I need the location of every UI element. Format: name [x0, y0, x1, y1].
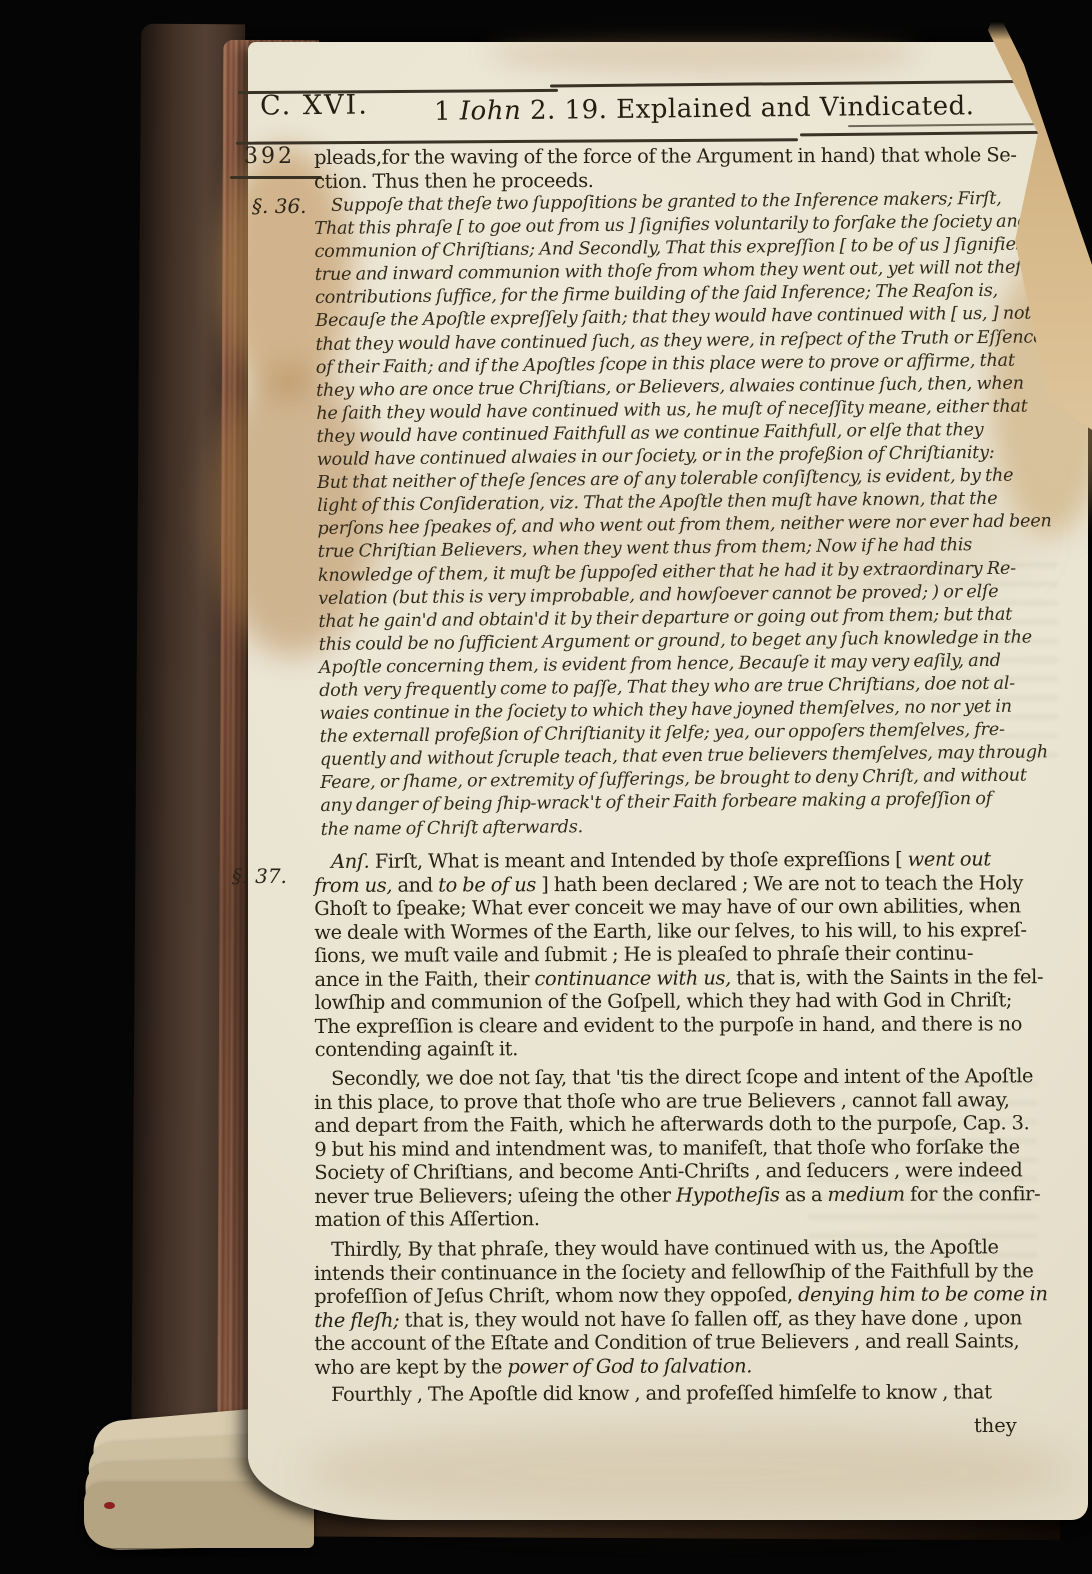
text-segment: intends their continuance in the ſociety…	[314, 1258, 1033, 1284]
text-segment: ction. Thus then he proceeds.	[314, 168, 594, 192]
paragraph-secondly: Secondly, we doe not ſay, that 'tis the …	[314, 1064, 1041, 1231]
text-segment: Hypotheſis	[676, 1183, 780, 1206]
header-rule	[550, 80, 1066, 88]
text-segment: medium	[827, 1182, 904, 1205]
text-segment: to be of us	[438, 872, 536, 895]
scanned-book-photo: C. XVI. 1 Iohn 2. 19. Explained and Vind…	[0, 0, 1092, 1574]
text-line: contending againſt it.	[315, 1035, 1041, 1061]
catchword: they	[974, 1414, 1017, 1437]
text-segment: the fleſh;	[314, 1308, 399, 1331]
text-segment: who are kept by the	[314, 1354, 507, 1378]
paragraph-continuation: pleads,for the waving of the force of th…	[314, 143, 1040, 193]
body-text: pleads,for the waving of the force of th…	[314, 146, 1040, 1406]
text-segment: from us,	[314, 873, 392, 896]
text-segment: for the confir-	[905, 1182, 1041, 1206]
header-rule	[800, 131, 1072, 137]
text-segment: continuance with us,	[534, 966, 730, 990]
text-line: Thirdly, By that phraſe, they would have…	[314, 1235, 1040, 1261]
text-segment: ance in the Faith, their	[314, 966, 534, 990]
page-number: 392	[244, 144, 295, 169]
text-line: and depart from the Faith, which he afte…	[314, 1111, 1040, 1137]
text-segment: Anſ.	[331, 849, 370, 872]
text-line: the fleſh; that is, they would not have …	[314, 1305, 1040, 1331]
text-line: the account of the Eſtate and Condition …	[314, 1329, 1040, 1355]
text-segment: we deale with Wormes of the Earth, like …	[314, 917, 1026, 943]
text-line: pleads,for the waving of the force of th…	[314, 143, 1040, 169]
running-title-book: Iohn	[460, 96, 522, 127]
text-segment: 9 but his mind and intendment was, to ma…	[314, 1135, 1019, 1161]
text-line: intends their continuance in the ſociety…	[314, 1258, 1040, 1284]
text-segment: pleads,for the waving of the force of th…	[314, 143, 1017, 169]
text-line: ance in the Faith, their continuance wit…	[314, 964, 1040, 990]
text-segment: denying him to be come in	[798, 1282, 1048, 1306]
text-segment: Firſt, What is meant and Intended by tho…	[369, 847, 907, 872]
text-segment: mation of this Aſſertion.	[315, 1207, 540, 1231]
text-segment: in this place, to prove that thoſe who a…	[314, 1088, 1009, 1114]
text-segment: as a	[780, 1183, 828, 1206]
text-line: never true Believers; uſeing the other H…	[314, 1182, 1040, 1208]
text-segment: Society of Chriſtians, and become Anti-C…	[314, 1158, 1022, 1184]
text-segment: power of God to ſalvation.	[507, 1353, 752, 1377]
text-segment: Ghoſt to ſpeake; What ever conceit we ma…	[314, 894, 1021, 920]
text-segment: any danger of being ſhip-wrack't of thei…	[320, 789, 992, 816]
chapter-heading: C. XVI.	[260, 90, 369, 122]
text-segment: profeſſion of Jeſus Chriſt, whom now the…	[314, 1283, 798, 1308]
running-title-post: 2. 19. Explained and Vindicated.	[521, 91, 975, 126]
text-segment: and depart from the Faith, which he afte…	[314, 1111, 1029, 1137]
running-title-pre: 1	[434, 97, 460, 127]
text-line: we deale with Wormes of the Earth, like …	[314, 917, 1040, 943]
red-speck	[104, 1502, 115, 1509]
text-segment: The expreſſion is cleare and evident to …	[315, 1011, 1022, 1037]
text-line: in this place, to prove that thoſe who a…	[314, 1088, 1040, 1114]
text-segment: Fourthly , The Apoſtle did know , and pr…	[331, 1380, 992, 1406]
text-line: from us, and to be of us ] hath been dec…	[314, 870, 1040, 896]
text-segment: ſions, we muſt vaile and ſubmit ; He is …	[314, 941, 973, 967]
text-segment: Thirdly, By that phraſe, they would have…	[331, 1235, 999, 1261]
text-segment: ] hath been declared ; We are not to tea…	[536, 870, 1023, 895]
margin-rule	[230, 176, 322, 179]
margin-section-37: §: 37.	[232, 864, 287, 888]
book-page: C. XVI. 1 Iohn 2. 19. Explained and Vind…	[248, 42, 1088, 1520]
paragraph-section-37-answer: Anſ. Firſt, What is meant and Intended b…	[314, 847, 1041, 1061]
text-line: Anſ. Firſt, What is meant and Intended b…	[314, 847, 1040, 873]
text-segment: contending againſt it.	[315, 1037, 518, 1061]
text-segment: Secondly, we doe not ſay, that 'tis the …	[331, 1064, 1033, 1090]
paragraph-fourthly: Fourthly , The Apoſtle did know , and pr…	[314, 1380, 1040, 1406]
text-line: who are kept by the power of God to ſalv…	[314, 1352, 1040, 1378]
text-segment: that is, with the Saints in the fel-	[731, 964, 1043, 988]
text-line: lowſhip and communion of the Goſpell, wh…	[315, 988, 1041, 1014]
text-line: mation of this Aſſertion.	[315, 1205, 1041, 1231]
text-segment: the name of Chriſt afterwards.	[321, 817, 584, 840]
text-segment: and	[392, 873, 438, 896]
stain	[304, 1426, 1074, 1518]
text-segment: that is, they would not have ſo fallen o…	[399, 1305, 1022, 1330]
margin-section-36: §. 36.	[252, 194, 307, 218]
text-line: ſions, we muſt vaile and ſubmit ; He is …	[314, 941, 1040, 967]
text-segment: never true Believers; uſeing the other	[314, 1183, 676, 1207]
text-line: Secondly, we doe not ſay, that 'tis the …	[314, 1064, 1040, 1090]
text-line: Ghoſt to ſpeake; What ever conceit we ma…	[314, 894, 1040, 920]
top-shadow	[248, 0, 1092, 40]
paragraph-section-36: Suppoſe that theſe two ſuppoſitions be g…	[314, 187, 1047, 841]
text-line: The expreſſion is cleare and evident to …	[315, 1011, 1041, 1037]
running-title: 1 Iohn 2. 19. Explained and Vindicated.	[434, 91, 975, 127]
text-segment: lowſhip and communion of the Goſpell, wh…	[315, 988, 1013, 1014]
text-line: Fourthly , The Apoſtle did know , and pr…	[314, 1380, 1040, 1406]
paragraph-thirdly: Thirdly, By that phraſe, they would have…	[314, 1235, 1041, 1379]
text-line: Society of Chriſtians, and become Anti-C…	[314, 1158, 1040, 1184]
text-segment: went out	[908, 847, 991, 870]
text-segment: the account of the Eſtate and Condition …	[314, 1329, 1019, 1355]
text-line: 9 but his mind and intendment was, to ma…	[314, 1135, 1040, 1161]
text-line: profeſſion of Jeſus Chriſt, whom now the…	[314, 1282, 1040, 1308]
